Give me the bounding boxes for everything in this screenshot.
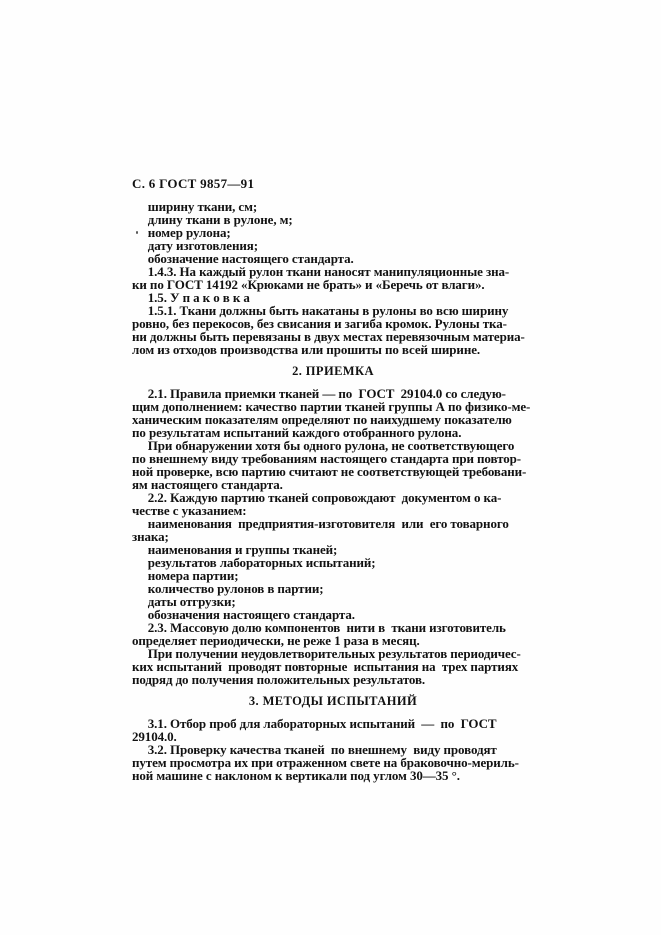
- section-2-heading: 2. ПРИЕМКА: [132, 365, 534, 378]
- document-page: С. 6 ГОСТ 9857—91 ширину ткани, см; длин…: [0, 0, 661, 935]
- section-3-heading: 3. МЕТОДЫ ИСПЫТАНИЙ: [132, 695, 534, 708]
- page-header-running-title: С. 6 ГОСТ 9857—91: [132, 177, 534, 190]
- section-2-body-text: 2.1. Правила приемки тканей — по ГОСТ 29…: [132, 387, 534, 686]
- section-3-body-text: 3.1. Отбор проб для лабораторных испытан…: [132, 717, 534, 782]
- section-1-body-text: ширину ткани, см; длину ткани в рулоне, …: [132, 200, 534, 356]
- page-content: С. 6 ГОСТ 9857—91 ширину ткани, см; длин…: [132, 177, 534, 782]
